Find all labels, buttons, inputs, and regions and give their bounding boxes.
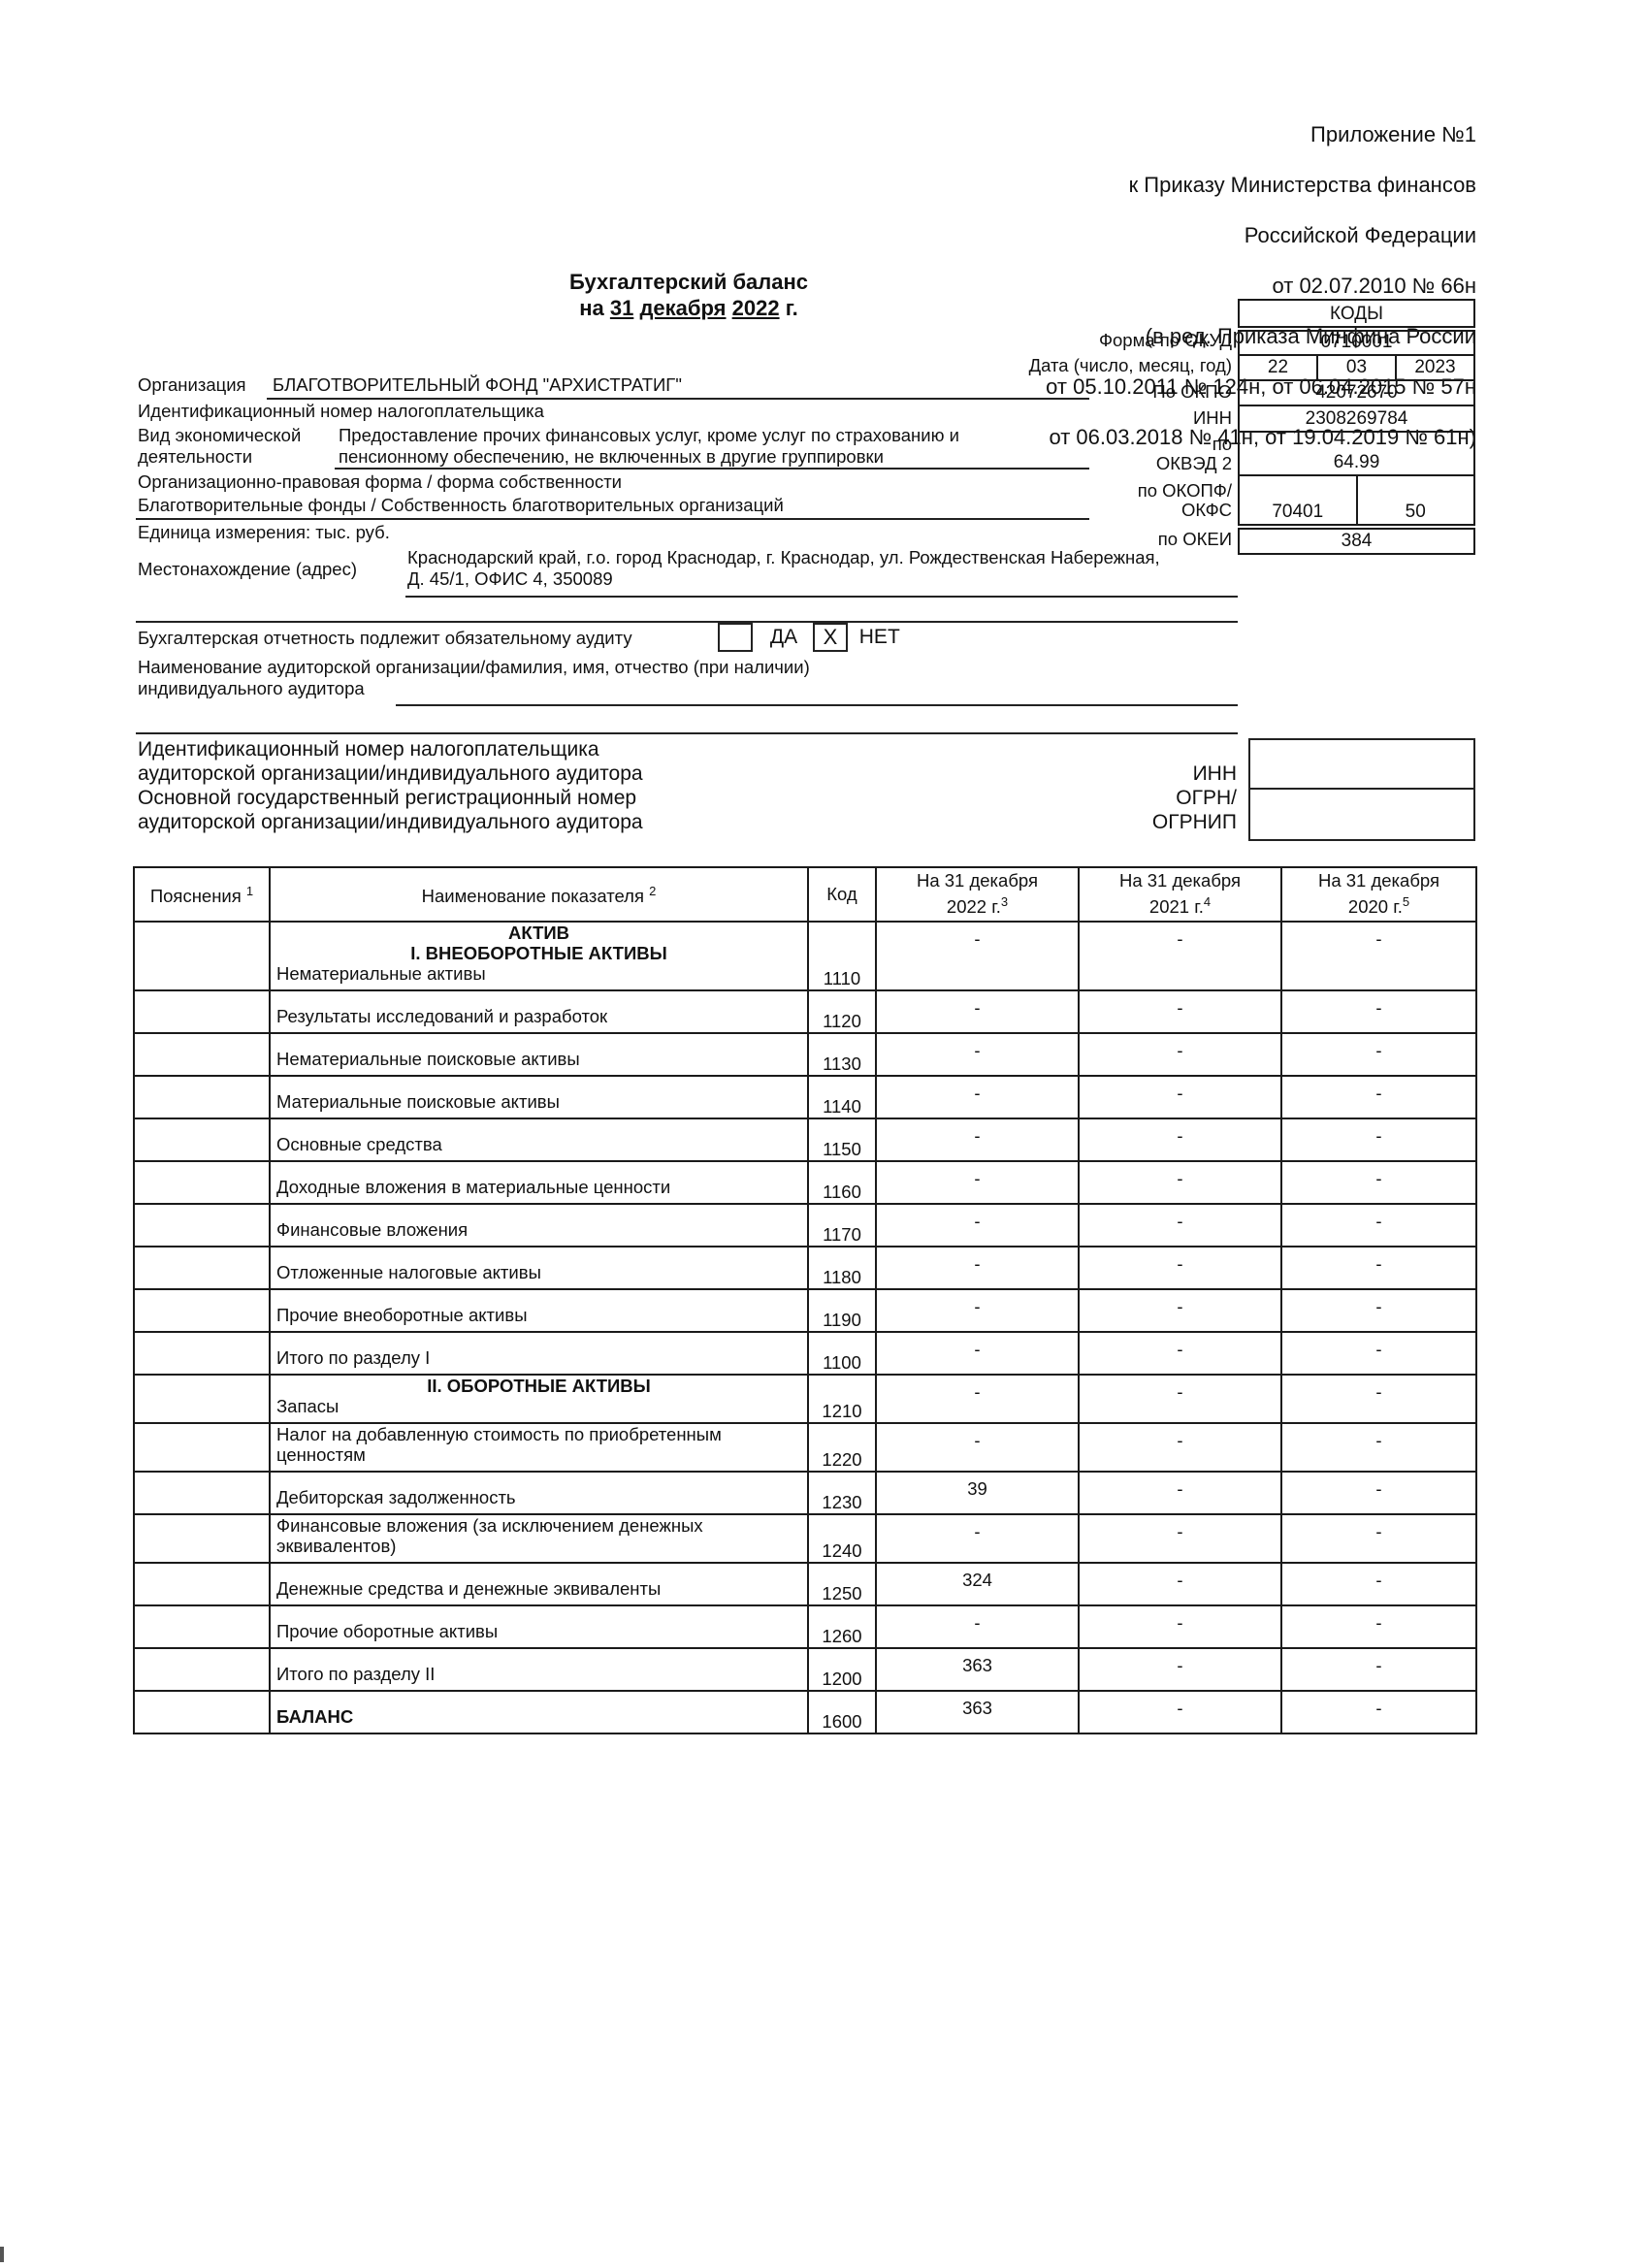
value-2022: - [876, 1033, 1079, 1076]
okfs-code: 50 [1356, 476, 1474, 524]
okpo-label: По ОКПО [1152, 382, 1232, 402]
address-value: Краснодарский край, г.о. город Краснодар… [407, 547, 1160, 590]
title-date: на 31 декабря 2022 г. [524, 295, 854, 321]
table-row: Дебиторская задолженность123039-- [134, 1472, 1476, 1514]
indicator-name: Финансовые вложения [270, 1204, 808, 1247]
indicator-name: Нематериальные поисковые активы [270, 1033, 808, 1076]
value-2022: - [876, 1247, 1079, 1289]
value-2021: - [1079, 1118, 1281, 1161]
auditor-ogrn-label-line: аудиторской организации/индивидуального … [138, 810, 643, 834]
indicator-label: Итого по разделу I [276, 1347, 430, 1368]
audit-options: ДА X НЕТ [718, 623, 900, 652]
indicator-label: Отложенные налоговые активы [276, 1262, 541, 1282]
value-2020: - [1281, 1204, 1476, 1247]
legal-form-label: Организационно-правовая форма / форма со… [138, 471, 622, 493]
okopf-label: по ОКОПФ/ОКФС [1138, 481, 1232, 520]
okei-label: по ОКЕИ [1158, 530, 1232, 549]
value-2021: - [1079, 1332, 1281, 1375]
indicator-name: Итого по разделу II [270, 1648, 808, 1691]
value-2022: 324 [876, 1563, 1079, 1605]
indicator-label: Основные средства [276, 1134, 442, 1154]
auditor-ogrn-label: Основной государственный регистрационный… [138, 786, 643, 834]
notes-cell [134, 1472, 270, 1514]
footnote-mark: 1 [246, 884, 253, 898]
indicator-label: Дебиторская задолженность [276, 1487, 516, 1507]
address-underline [405, 596, 1238, 598]
title-suffix: г. [780, 296, 798, 320]
org-name: БЛАГОТВОРИТЕЛЬНЫЙ ФОНД "АРХИСТРАТИГ" [273, 374, 682, 396]
indicator-label: Запасы [276, 1396, 339, 1416]
unit-label: Единица измерения: тыс. руб. [138, 522, 390, 543]
ogrn-code-label: ОГРН/ОГРНИП [1152, 786, 1237, 834]
indicator-name: Материальные поисковые активы [270, 1076, 808, 1118]
value-2020: - [1281, 1076, 1476, 1118]
indicator-name: Отложенные налоговые активы [270, 1247, 808, 1289]
notes-cell [134, 1605, 270, 1648]
col-2022-header: На 31 декабря2022 г.3 [876, 867, 1079, 922]
value-2021: - [1079, 1247, 1281, 1289]
address-line: Д. 45/1, ОФИС 4, 350089 [407, 568, 1160, 590]
indicator-code: 1120 [808, 990, 876, 1033]
col-2021-header: На 31 декабря2021 г.4 [1079, 867, 1281, 922]
indicator-label: БАЛАНС [276, 1706, 353, 1727]
okud-label: Форма по ОКУД [1099, 331, 1232, 350]
value-2022: 363 [876, 1648, 1079, 1691]
notes-cell [134, 1648, 270, 1691]
value-2020: - [1281, 1563, 1476, 1605]
value-2021: - [1079, 990, 1281, 1033]
activity-line: Предоставление прочих финансовых услуг, … [339, 425, 959, 446]
indicator-code: 1100 [808, 1332, 876, 1375]
audit-no-label: НЕТ [859, 626, 900, 648]
value-2022: - [876, 1423, 1079, 1472]
header-text: На 31 декабря [1085, 870, 1275, 891]
date-day: 22 [1240, 356, 1316, 379]
value-2022: 39 [876, 1472, 1079, 1514]
okved-code: 64.99 [1238, 431, 1475, 476]
table-row: Материальные поисковые активы1140--- [134, 1076, 1476, 1118]
indicator-name: Итого по разделу I [270, 1332, 808, 1375]
title-line: Бухгалтерский баланс [524, 269, 854, 295]
value-2021: - [1079, 1161, 1281, 1204]
okpo-code: 42072670 [1238, 379, 1475, 406]
value-2020: - [1281, 1289, 1476, 1332]
footnote-mark: 5 [1403, 894, 1409, 909]
indicator-name: БАЛАНС [270, 1691, 808, 1733]
value-2020: - [1281, 1161, 1476, 1204]
header-text: Наименование показателя [422, 887, 644, 907]
date-label: Дата (число, месяц, год) [1029, 356, 1232, 375]
value-2021: - [1079, 1423, 1281, 1472]
table-row: Налог на добавленную стоимость по приобр… [134, 1423, 1476, 1472]
okopf-code: 70401 [1240, 476, 1356, 524]
indicator-code: 1220 [808, 1423, 876, 1472]
value-2022: - [876, 1161, 1079, 1204]
table-row: Основные средства1150--- [134, 1118, 1476, 1161]
indicator-label: Налог на добавленную стоимость по приобр… [276, 1424, 722, 1465]
table-row: Нематериальные поисковые активы1130--- [134, 1033, 1476, 1076]
indicator-label: Прочие внеоборотные активы [276, 1305, 528, 1325]
table-row: АКТИВI. ВНЕОБОРОТНЫЕ АКТИВЫНематериальны… [134, 922, 1476, 990]
auditor-name-label-line: индивидуального аудитора [138, 678, 810, 699]
activity-line: пенсионному обеспечению, не включенных в… [339, 446, 959, 468]
notes-cell [134, 1691, 270, 1733]
footnote-mark: 3 [1001, 894, 1008, 909]
value-2020: - [1281, 1247, 1476, 1289]
col-2020-header: На 31 декабря2020 г.5 [1281, 867, 1476, 922]
indicator-code: 1170 [808, 1204, 876, 1247]
section-heading: I. ВНЕОБОРОТНЫЕ АКТИВЫ [276, 943, 801, 963]
value-2021: - [1079, 1605, 1281, 1648]
activity-label: Вид экономическойдеятельности [138, 425, 301, 468]
indicator-code: 1250 [808, 1563, 876, 1605]
audit-yes-label: ДА [770, 626, 797, 648]
indicator-code: 1190 [808, 1289, 876, 1332]
title-prefix: на [579, 296, 610, 320]
value-2021: - [1079, 1472, 1281, 1514]
value-2020: - [1281, 1691, 1476, 1733]
indicator-name: Налог на добавленную стоимость по приобр… [270, 1423, 808, 1472]
title-year: 2022 [732, 296, 780, 320]
indicator-name: Доходные вложения в материальные ценност… [270, 1161, 808, 1204]
value-2020: - [1281, 922, 1476, 990]
notes-cell [134, 922, 270, 990]
activity-label-line: деятельности [138, 446, 301, 468]
value-2022: 363 [876, 1691, 1079, 1733]
date-year: 2023 [1395, 356, 1473, 379]
value-2021: - [1079, 1514, 1281, 1563]
okei-code: 384 [1238, 528, 1475, 555]
indicator-name: Прочие внеоборотные активы [270, 1289, 808, 1332]
notes-cell [134, 1375, 270, 1423]
value-2022: - [876, 922, 1079, 990]
indicator-label: Доходные вложения в материальные ценност… [276, 1177, 670, 1197]
footnote-mark: 2 [649, 884, 656, 898]
header-text: 2022 г.3 [883, 891, 1072, 918]
footnote-mark: 4 [1204, 894, 1211, 909]
org-label: Организация [138, 374, 246, 396]
org-underline [267, 398, 1089, 400]
section-heading: АКТИВ [276, 923, 801, 943]
value-2022: - [876, 1605, 1079, 1648]
okved-label-line: ОКВЭД 2 [1156, 454, 1232, 473]
scan-margin-mark [0, 2247, 4, 2262]
table-row: Итого по разделу I1100--- [134, 1332, 1476, 1375]
value-2020: - [1281, 1423, 1476, 1472]
indicator-code: 1130 [808, 1033, 876, 1076]
indicator-code: 1150 [808, 1118, 876, 1161]
notes-cell [134, 1247, 270, 1289]
value-2021: - [1079, 1691, 1281, 1733]
table-row: Денежные средства и денежные эквиваленты… [134, 1563, 1476, 1605]
value-2020: - [1281, 1514, 1476, 1563]
inn-code: 2308269784 [1238, 405, 1475, 433]
value-2020: - [1281, 1472, 1476, 1514]
indicator-label: Материальные поисковые активы [276, 1091, 560, 1112]
inn-code-label: ИНН [1193, 761, 1237, 786]
value-2020: - [1281, 1033, 1476, 1076]
indicator-code: 1180 [808, 1247, 876, 1289]
appendix-line: Российской Федерации [1046, 223, 1476, 248]
value-2020: - [1281, 1605, 1476, 1648]
indicator-label: Нематериальные поисковые активы [276, 1049, 580, 1069]
ogrn-code-label-line: ОГРН/ [1152, 786, 1237, 810]
value-2021: - [1079, 922, 1281, 990]
header-text: 2020 г.5 [1288, 891, 1470, 918]
indicator-code: 1210 [808, 1375, 876, 1423]
title-month: декабря [639, 296, 726, 320]
auditor-name-label-line: Наименование аудиторской организации/фам… [138, 657, 810, 678]
value-2020: - [1281, 1375, 1476, 1423]
auditor-ogrn-label-line: Основной государственный регистрационный… [138, 786, 643, 810]
audit-yes-checkbox[interactable] [718, 623, 753, 652]
table-row: II. ОБОРОТНЫЕ АКТИВЫЗапасы1210--- [134, 1375, 1476, 1423]
title-day: 31 [610, 296, 633, 320]
value-2022: - [876, 1118, 1079, 1161]
notes-cell [134, 1076, 270, 1118]
legal-form-value: Благотворительные фонды / Собственность … [138, 495, 784, 516]
appendix-line: к Приказу Министерства финансов [1046, 173, 1476, 198]
auditor-name-field[interactable] [396, 704, 1238, 706]
col-notes-header: Пояснения 1 [134, 867, 270, 922]
auditor-name-label: Наименование аудиторской организации/фам… [138, 657, 810, 699]
indicator-name: Дебиторская задолженность [270, 1472, 808, 1514]
auditor-inn-label-line: Идентификационный номер налогоплательщик… [138, 737, 643, 761]
auditor-ogrn-field[interactable] [1248, 788, 1475, 841]
okopf-okfs-code: 70401 50 [1238, 474, 1475, 526]
table-row: Финансовые вложения (за исключением дене… [134, 1514, 1476, 1563]
notes-cell [134, 1423, 270, 1472]
notes-cell [134, 990, 270, 1033]
auditor-inn-label-line: аудиторской организации/индивидуального … [138, 761, 643, 786]
date-month: 03 [1316, 356, 1395, 379]
header-text: 2021 г.4 [1085, 891, 1275, 918]
indicator-name: Финансовые вложения (за исключением дене… [270, 1514, 808, 1563]
codes-header: КОДЫ [1238, 299, 1475, 328]
value-2020: - [1281, 1118, 1476, 1161]
activity-value: Предоставление прочих финансовых услуг, … [339, 425, 959, 468]
balance-table: Пояснения 1 Наименование показателя 2 Ко… [133, 866, 1477, 1734]
header-text: Пояснения [150, 887, 242, 907]
audit-required-label: Бухгалтерская отчетность подлежит обязат… [138, 628, 632, 649]
notes-cell [134, 1161, 270, 1204]
section-heading: II. ОБОРОТНЫЕ АКТИВЫ [276, 1376, 801, 1396]
value-2022: - [876, 1332, 1079, 1375]
table-row: Доходные вложения в материальные ценност… [134, 1161, 1476, 1204]
table-row: Финансовые вложения1170--- [134, 1204, 1476, 1247]
indicator-name: Прочие оборотные активы [270, 1605, 808, 1648]
value-2021: - [1079, 1076, 1281, 1118]
okud-code: 0710001 [1238, 330, 1475, 356]
indicator-label: Прочие оборотные активы [276, 1621, 498, 1641]
indicator-code: 1110 [808, 922, 876, 990]
indicator-code: 1240 [808, 1514, 876, 1563]
taxpayer-id-label: Идентификационный номер налогоплательщик… [138, 401, 544, 422]
table-row: БАЛАНС1600363-- [134, 1691, 1476, 1733]
appendix-line: от 02.07.2010 № 66н [1046, 274, 1476, 299]
header-text: На 31 декабря [1288, 870, 1470, 891]
table-row: Итого по разделу II1200363-- [134, 1648, 1476, 1691]
value-2022: - [876, 990, 1079, 1033]
okopf-label-line: ОКФС [1138, 501, 1232, 520]
document-title: Бухгалтерский баланс на 31 декабря 2022 … [524, 269, 854, 321]
value-2020: - [1281, 990, 1476, 1033]
okopf-label-line: по ОКОПФ/ [1138, 481, 1232, 501]
address-line: Краснодарский край, г.о. город Краснодар… [407, 547, 1160, 568]
indicator-label: Денежные средства и денежные эквиваленты [276, 1578, 661, 1599]
ogrn-code-label-line: ОГРНИП [1152, 810, 1237, 834]
address-label: Местонахождение (адрес) [138, 559, 357, 580]
value-2021: - [1079, 1375, 1281, 1423]
value-2022: - [876, 1289, 1079, 1332]
notes-cell [134, 1332, 270, 1375]
okved-label-line: по [1156, 435, 1232, 454]
table-row: Результаты исследований и разработок1120… [134, 990, 1476, 1033]
separator-line [136, 621, 1238, 623]
auditor-inn-field[interactable] [1248, 738, 1475, 790]
indicator-code: 1200 [808, 1648, 876, 1691]
value-2022: - [876, 1375, 1079, 1423]
indicator-code: 1160 [808, 1161, 876, 1204]
notes-cell [134, 1514, 270, 1563]
indicator-code: 1140 [808, 1076, 876, 1118]
col-name-header: Наименование показателя 2 [270, 867, 808, 922]
notes-cell [134, 1204, 270, 1247]
table-row: Отложенные налоговые активы1180--- [134, 1247, 1476, 1289]
auditor-inn-label: Идентификационный номер налогоплательщик… [138, 737, 643, 786]
value-2020: - [1281, 1648, 1476, 1691]
value-2022: - [876, 1514, 1079, 1563]
indicator-name: II. ОБОРОТНЫЕ АКТИВЫЗапасы [270, 1375, 808, 1423]
inn-label: ИНН [1193, 408, 1232, 428]
okved-label: поОКВЭД 2 [1156, 435, 1232, 473]
indicator-label: Финансовые вложения (за исключением дене… [276, 1515, 703, 1556]
audit-no-checkbox[interactable]: X [813, 623, 848, 652]
value-2022: - [876, 1076, 1079, 1118]
notes-cell [134, 1118, 270, 1161]
indicator-name: Основные средства [270, 1118, 808, 1161]
indicator-code: 1600 [808, 1691, 876, 1733]
value-2022: - [876, 1204, 1079, 1247]
indicator-name: Результаты исследований и разработок [270, 990, 808, 1033]
value-2021: - [1079, 1563, 1281, 1605]
indicator-name: Денежные средства и денежные эквиваленты [270, 1563, 808, 1605]
table-row: Прочие оборотные активы1260--- [134, 1605, 1476, 1648]
indicator-code: 1260 [808, 1605, 876, 1648]
activity-label-line: Вид экономической [138, 425, 301, 446]
notes-cell [134, 1289, 270, 1332]
indicator-label: Финансовые вложения [276, 1219, 468, 1240]
appendix-line: Приложение №1 [1046, 122, 1476, 147]
indicator-name: АКТИВI. ВНЕОБОРОТНЫЕ АКТИВЫНематериальны… [270, 922, 808, 990]
value-2021: - [1079, 1289, 1281, 1332]
legal-form-underline [136, 518, 1089, 520]
col-code-header: Код [808, 867, 876, 922]
separator-line [136, 732, 1238, 734]
date-code: 22 03 2023 [1238, 354, 1475, 381]
indicator-label: Итого по разделу II [276, 1664, 435, 1684]
indicator-code: 1230 [808, 1472, 876, 1514]
header-text: На 31 декабря [883, 870, 1072, 891]
notes-cell [134, 1033, 270, 1076]
table-row: Прочие внеоборотные активы1190--- [134, 1289, 1476, 1332]
value-2021: - [1079, 1648, 1281, 1691]
indicator-label: Нематериальные активы [276, 963, 486, 984]
activity-underline [335, 468, 1089, 470]
value-2021: - [1079, 1033, 1281, 1076]
value-2020: - [1281, 1332, 1476, 1375]
indicator-label: Результаты исследований и разработок [276, 1006, 607, 1026]
notes-cell [134, 1563, 270, 1605]
table-header-row: Пояснения 1 Наименование показателя 2 Ко… [134, 867, 1476, 922]
value-2021: - [1079, 1204, 1281, 1247]
